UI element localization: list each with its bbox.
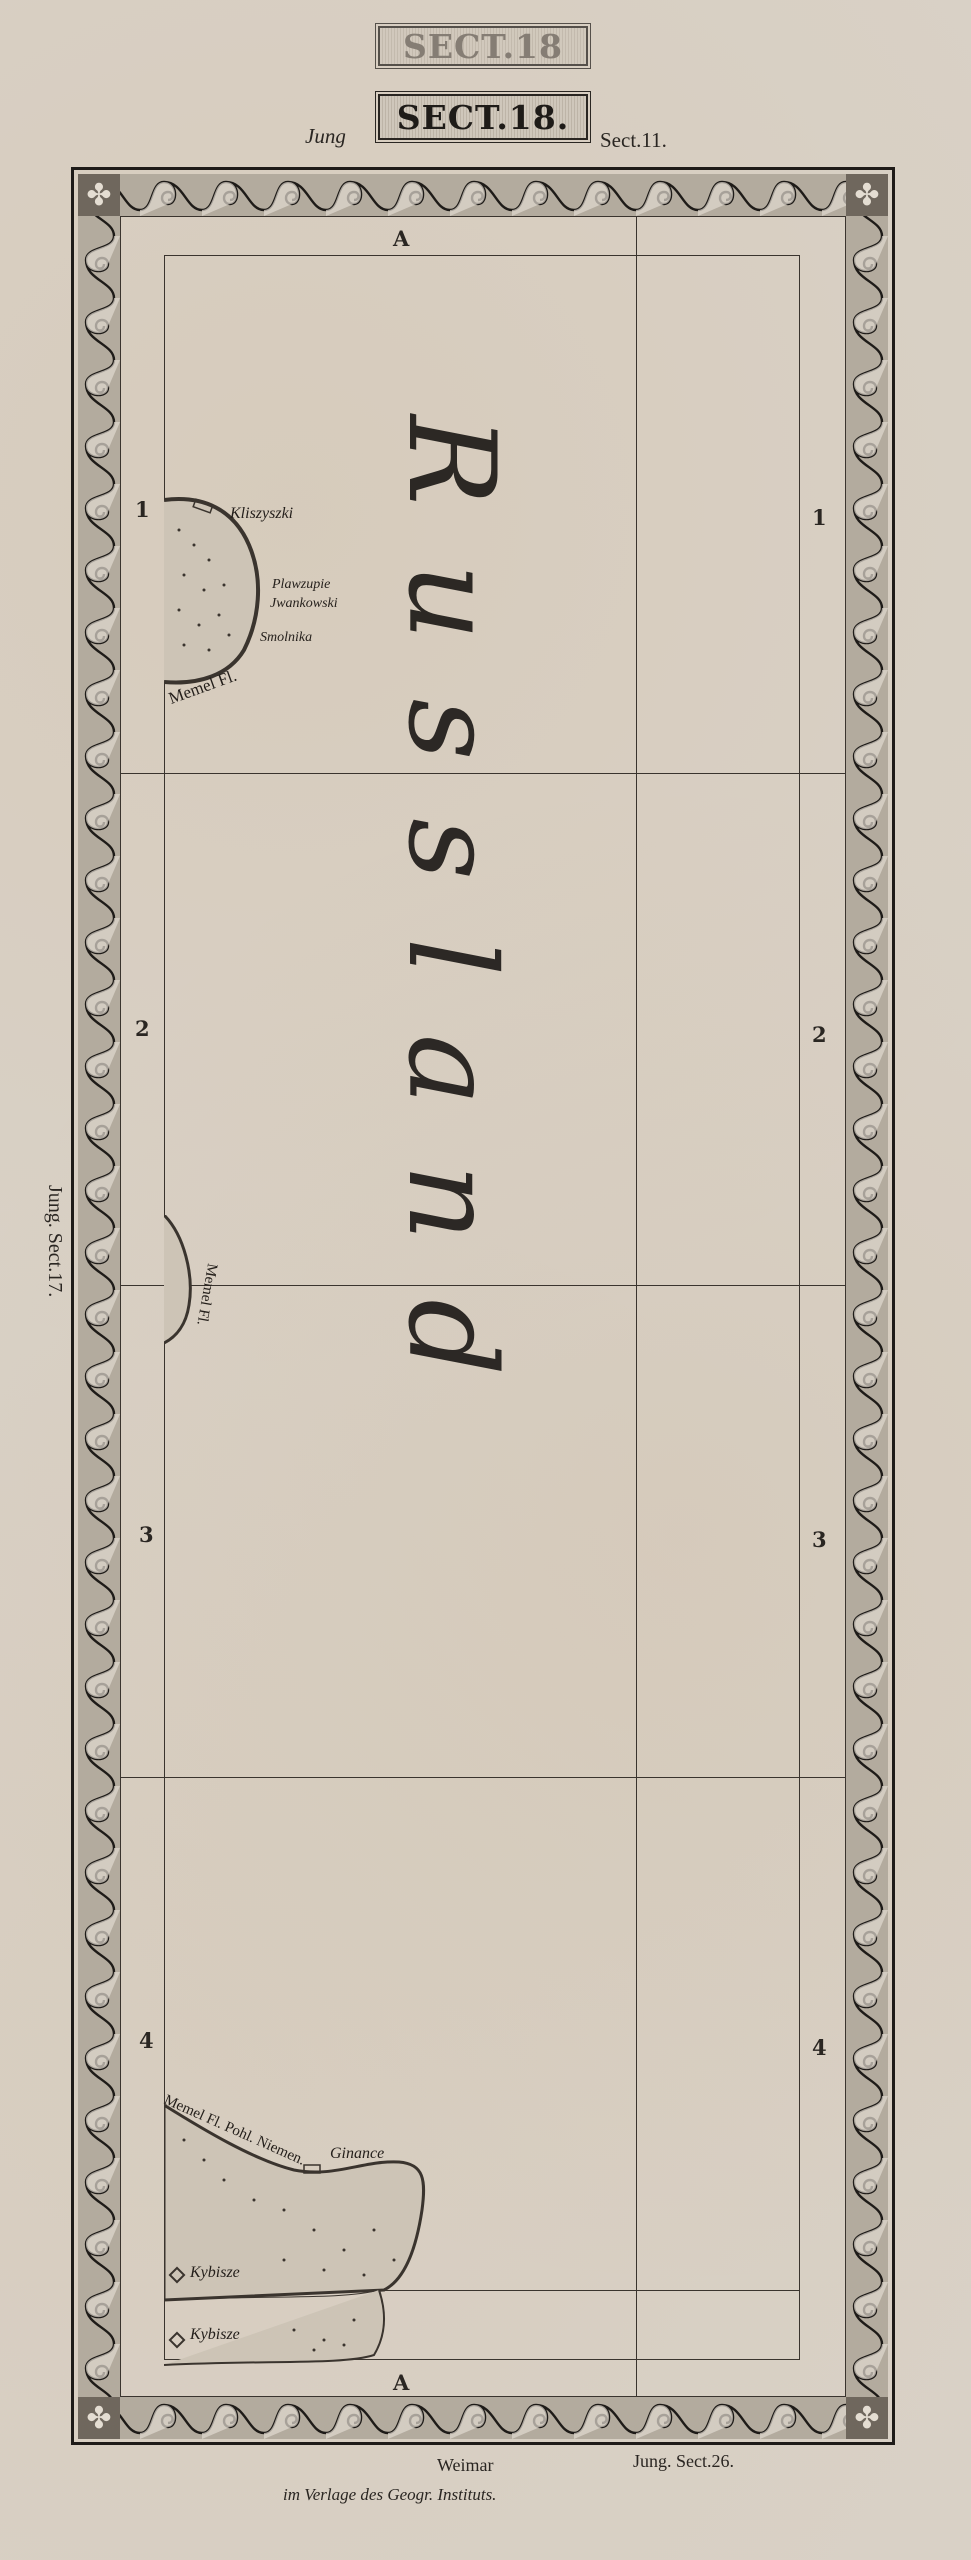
terrain-region-middle [164,1215,204,1345]
row-label-left-1: 1 [135,497,150,522]
border-bottom-wave [78,2397,888,2439]
place-label: Ginance [330,2145,384,2163]
place-label: Jwankowski [270,596,338,612]
wave-pattern-icon [78,2397,888,2439]
place-label: Plawzupie [272,577,330,593]
place-label: Kybisze [190,2326,240,2344]
header-left-label: Jung [305,124,346,149]
grid-line-row-3-4 [120,1777,846,1778]
column-label-top: A [393,226,409,251]
adjacent-sheet-bottom: Jung. Sect.26. [633,2451,734,2472]
terrain-region-bottom [164,2100,464,2390]
row-label-right-2: 2 [812,1022,827,1047]
place-label: Kliszyszki [230,505,293,523]
section-title-faded: SECT.18 [378,26,588,66]
corner-flower-icon: ✤ [78,2397,120,2439]
corner-flower-icon: ✤ [846,2397,888,2439]
place-label: Smolnika [260,630,312,646]
grid-line-column [636,216,637,2397]
publisher-imprint: im Verlage des Geogr. Instituts. [283,2485,496,2505]
border-top-wave [78,174,888,216]
publisher-city: Weimar [437,2455,494,2476]
border-right-wave [846,174,888,2439]
row-label-right-1: 1 [812,505,827,530]
wave-pattern-icon [78,174,888,216]
country-name-russland: Russland [381,415,520,1434]
place-label: Kybisze [190,2264,240,2282]
wave-pattern-icon [846,174,888,2439]
row-label-left-4: 4 [139,2028,154,2053]
section-title: SECT.18. [378,94,588,140]
row-label-right-3: 3 [812,1527,827,1552]
corner-flower-icon: ✤ [78,174,120,216]
wave-pattern-icon [78,174,120,2439]
header-right-label: Sect.11. [600,128,667,153]
row-label-left-3: 3 [139,1522,154,1547]
corner-flower-icon: ✤ [846,174,888,216]
border-left-wave [78,174,120,2439]
row-label-right-4: 4 [812,2035,827,2060]
adjacent-sheet-left: Jung. Sect.17. [43,1185,66,1297]
row-label-left-2: 2 [135,1016,150,1041]
